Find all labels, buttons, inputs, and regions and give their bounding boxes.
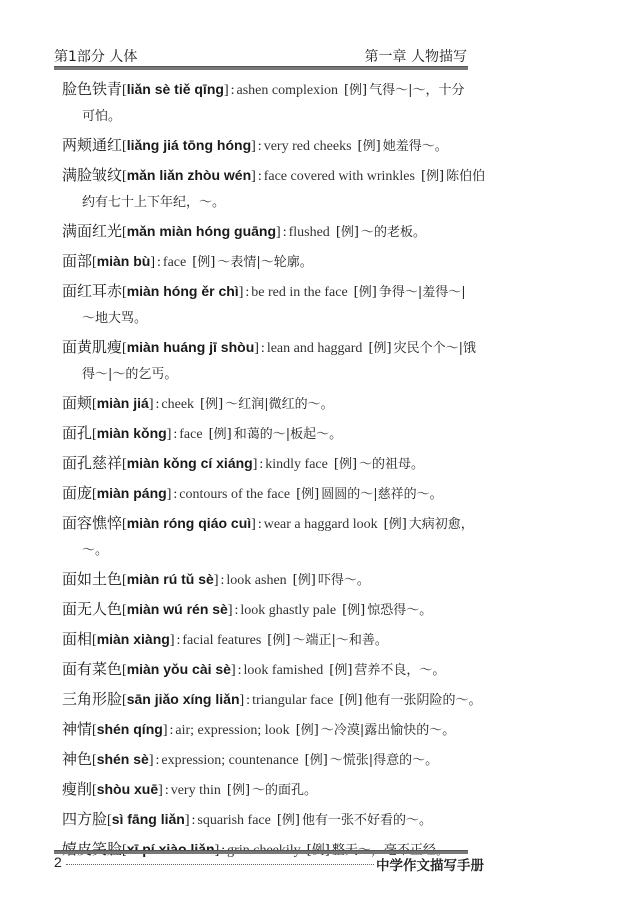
glossary-entry: 面孔慈祥[miàn kǒng cí xiáng]:kindly face[例]～… [62,454,582,474]
headword: 满面红光 [62,222,122,240]
example-continuation: 得～|～的乞丐。 [62,365,582,384]
example-marker: [例] [293,573,316,588]
headword: 瘦削 [62,780,92,798]
example-text: ～的祖母。 [359,457,424,472]
headword: 面庞 [62,484,92,502]
example-continuation: 可怕。 [62,107,582,126]
colon-separator: : [169,723,173,738]
glossary-entry: 面如土色[miàn rú tǔ sè]:look ashen[例]吓得～。 [62,570,582,590]
glossary-entry: 面黄肌瘦[miàn huáng jī shòu]:lean and haggar… [62,338,582,384]
example-marker: [例] [227,783,250,798]
pinyin: sān jiǎo xíng liǎn [127,691,240,707]
colon-separator: : [259,457,263,472]
headword: 脸色铁青 [62,80,122,98]
headword: 面孔慈祥 [62,454,122,472]
glossary-entry: 四方脸[sì fāng liǎn]:squarish face[例]他有一张不好… [62,810,582,830]
example-text: 他有一张阴险的～。 [364,693,481,708]
glossary-entry: 面无人色[miàn wú rén sè]:look ghastly pale[例… [62,600,582,620]
example-marker: [例] [334,457,357,472]
example-text: 她羞得～。 [383,139,448,154]
bracket-close: ] [158,783,163,798]
example-marker: [例] [209,427,232,442]
colon-separator: : [177,633,181,648]
colon-separator: : [245,285,249,300]
english-definition: look ghastly pale [240,603,336,618]
bracket-close: ] [240,693,245,708]
pinyin: miàn xiàng [97,631,170,647]
example-text: 争得～|羞得～| [379,285,466,300]
glossary-entry: 面有菜色[miàn yǒu cài sè]:look famished[例]营养… [62,660,582,680]
headword: 面无人色 [62,600,122,618]
headword: 面如土色 [62,570,122,588]
glossary-entry: 面相[miàn xiàng]:facial features[例]～端正|～和善… [62,630,582,650]
example-marker: [例] [344,83,367,98]
page-number: 2 [54,854,62,870]
example-marker: [例] [267,633,290,648]
bracket-close: ] [167,427,172,442]
bracket-close: ] [167,487,172,502]
pinyin: shòu xuē [97,781,158,797]
bracket-close: ] [224,83,229,98]
english-definition: contours of the face [179,487,290,502]
example-text: 吓得～。 [318,573,370,588]
example-marker: [例] [192,255,215,270]
colon-separator: : [261,341,265,356]
english-definition: face [163,255,186,270]
pinyin: miàn bù [97,253,151,269]
example-text: ～慌张|得意的～。 [330,753,438,768]
glossary-entry: 脸色铁青[liǎn sè tiě qīng]:ashen complexion[… [62,80,582,126]
example-text: 营养不良，～。 [354,663,445,678]
colon-separator: : [157,255,161,270]
english-definition: air; expression; look [175,723,289,738]
headword: 嬉皮笑脸 [62,840,122,858]
english-definition: face covered with wrinkles [264,169,415,184]
headword: 神情 [62,720,92,738]
pinyin: miàn rú tǔ sè [127,571,214,587]
example-text: ～的老板。 [361,225,426,240]
pinyin: shén qíng [97,721,163,737]
bracket-close: ] [251,517,256,532]
headword: 面黄肌瘦 [62,338,122,356]
english-definition: face [179,427,202,442]
example-marker: [例] [277,813,300,828]
glossary-entry: 面颊[miàn jiá]:cheek[例]～红润|微红的～。 [62,394,582,414]
pinyin: miàn hóng ěr chì [127,283,239,299]
example-text: 气得～|～，十分 [369,83,464,98]
pinyin: xī pí xiào liǎn [127,841,215,857]
example-marker: [例] [336,225,359,240]
example-marker: [例] [296,487,319,502]
bracket-close: ] [251,139,256,154]
book-title: 中学作文描写手册 [376,854,484,874]
headword: 面容憔悴 [62,514,122,532]
colon-separator: : [283,225,287,240]
example-text: ～端正|～和善。 [292,633,387,648]
example-text: ～的面孔。 [252,783,317,798]
glossary-entry: 满脸皱纹[mǎn liǎn zhòu wén]:face covered wit… [62,166,582,212]
english-definition: wear a haggard look [264,517,378,532]
pinyin: mǎn liǎn zhòu wén [127,167,251,183]
glossary-entry: 面庞[miàn páng]:contours of the face[例]圆圆的… [62,484,582,504]
example-marker: [例] [200,397,223,412]
glossary-entry: 满面红光[mǎn miàn hóng guāng]:flushed[例]～的老板… [62,222,582,242]
colon-separator: : [156,397,160,412]
colon-separator: : [173,427,177,442]
english-definition: cheek [161,397,194,412]
example-marker: [例] [421,169,444,184]
bracket-close: ] [149,397,154,412]
pinyin: miàn jiá [97,395,149,411]
colon-separator: : [231,83,235,98]
example-text: 灾民个个～|饿 [394,341,476,356]
pinyin: mǎn miàn hóng guāng [127,223,276,239]
headword: 面相 [62,630,92,648]
example-marker: [例] [296,723,319,738]
colon-separator: : [156,753,160,768]
headword: 满脸皱纹 [62,166,122,184]
bracket-close: ] [253,457,258,472]
bracket-close: ] [231,663,236,678]
pinyin: miàn páng [97,485,167,501]
pinyin: liǎng jiá tōng hóng [127,137,251,153]
example-marker: [例] [329,663,352,678]
headword: 面颊 [62,394,92,412]
footer-dot-leader [66,864,374,865]
colon-separator: : [258,517,262,532]
bracket-close: ] [276,225,281,240]
bracket-close: ] [185,813,190,828]
bracket-close: ] [251,169,256,184]
example-text: 圆圆的～|慈祥的～。 [321,487,442,502]
english-definition: very thin [171,783,221,798]
example-text: 惊恐得～。 [367,603,432,618]
example-marker: [例] [358,139,381,154]
headword: 三角形脸 [62,690,122,708]
example-text: 大病初愈， [409,517,474,532]
example-marker: [例] [342,603,365,618]
glossary-entries: 脸色铁青[liǎn sè tiě qīng]:ashen complexion[… [62,80,582,870]
bracket-close: ] [228,603,233,618]
example-continuation: 约有七十上下年纪，～。 [62,193,582,212]
colon-separator: : [238,663,242,678]
headword: 面有菜色 [62,660,122,678]
colon-separator: : [246,693,250,708]
english-definition: very red cheeks [264,139,352,154]
example-text: 和蔼的～|板起～。 [234,427,342,442]
glossary-entry: 神色[shén sè]:expression; countenance[例]～慌… [62,750,582,770]
example-marker: [例] [384,517,407,532]
glossary-entry: 神情[shén qíng]:air; expression; look[例]～冷… [62,720,582,740]
pinyin: shén sè [97,751,149,767]
headword: 面红耳赤 [62,282,122,300]
example-marker: [例] [368,341,391,356]
english-definition: squarish face [197,813,270,828]
example-continuation: ～地大骂。 [62,309,582,328]
bracket-close: ] [254,341,259,356]
headword: 神色 [62,750,92,768]
pinyin: miàn róng qiáo cuì [127,515,251,531]
glossary-entry: 面部[miàn bù]:face[例]～表情|～轮廓。 [62,252,582,272]
example-text: 他有一张不好看的～。 [302,813,432,828]
english-definition: flushed [289,225,330,240]
glossary-entry: 面孔[miàn kǒng]:face[例]和蔼的～|板起～。 [62,424,582,444]
bracket-close: ] [170,633,175,648]
headword: 面孔 [62,424,92,442]
headword: 四方脸 [62,810,107,828]
example-text: 陈伯伯 [446,169,485,184]
pinyin: miàn huáng jī shòu [127,339,255,355]
english-definition: lean and haggard [267,341,363,356]
pinyin: miàn wú rén sè [127,601,228,617]
pinyin: liǎn sè tiě qīng [127,81,224,97]
example-marker: [例] [339,693,362,708]
english-definition: expression; countenance [161,753,298,768]
glossary-entry: 面容憔悴[miàn róng qiáo cuì]:wear a haggard … [62,514,582,560]
bracket-close: ] [163,723,168,738]
bracket-close: ] [239,285,244,300]
header-chapter-title: 第一章 人物描写 [365,46,467,66]
glossary-entry: 三角形脸[sān jiǎo xíng liǎn]:triangular face… [62,690,582,710]
english-definition: ashen complexion [237,83,338,98]
pinyin: miàn yǒu cài sè [127,661,231,677]
example-text: ～表情|～轮廓。 [217,255,312,270]
glossary-entry: 面红耳赤[miàn hóng ěr chì]:be red in the fac… [62,282,582,328]
english-definition: look famished [244,663,324,678]
english-definition: be red in the face [251,285,347,300]
english-definition: facial features [182,633,261,648]
headword: 两颊通红 [62,136,122,154]
colon-separator: : [191,813,195,828]
colon-separator: : [173,487,177,502]
example-marker: [例] [305,753,328,768]
example-continuation: ～。 [62,541,582,560]
pinyin: miàn kǒng cí xiáng [127,455,253,471]
example-text: ～红润|微红的～。 [225,397,333,412]
header-rule [54,66,468,70]
headword: 面部 [62,252,92,270]
colon-separator: : [165,783,169,798]
header-section-title: 第1部分 人体 [54,46,137,66]
glossary-entry: 两颊通红[liǎng jiá tōng hóng]:very red cheek… [62,136,582,156]
pinyin: miàn kǒng [97,425,167,441]
colon-separator: : [258,169,262,184]
bracket-close: ] [214,573,219,588]
example-marker: [例] [354,285,377,300]
glossary-entry: 瘦削[shòu xuē]:very thin[例]～的面孔。 [62,780,582,800]
english-definition: look ashen [226,573,286,588]
english-definition: kindly face [265,457,328,472]
colon-separator: : [258,139,262,154]
bracket-close: ] [150,255,155,270]
example-text: ～冷漠|露出愉快的～。 [321,723,455,738]
colon-separator: : [235,603,239,618]
english-definition: triangular face [252,693,333,708]
pinyin: sì fāng liǎn [112,811,185,827]
colon-separator: : [221,573,225,588]
bracket-close: ] [149,753,154,768]
